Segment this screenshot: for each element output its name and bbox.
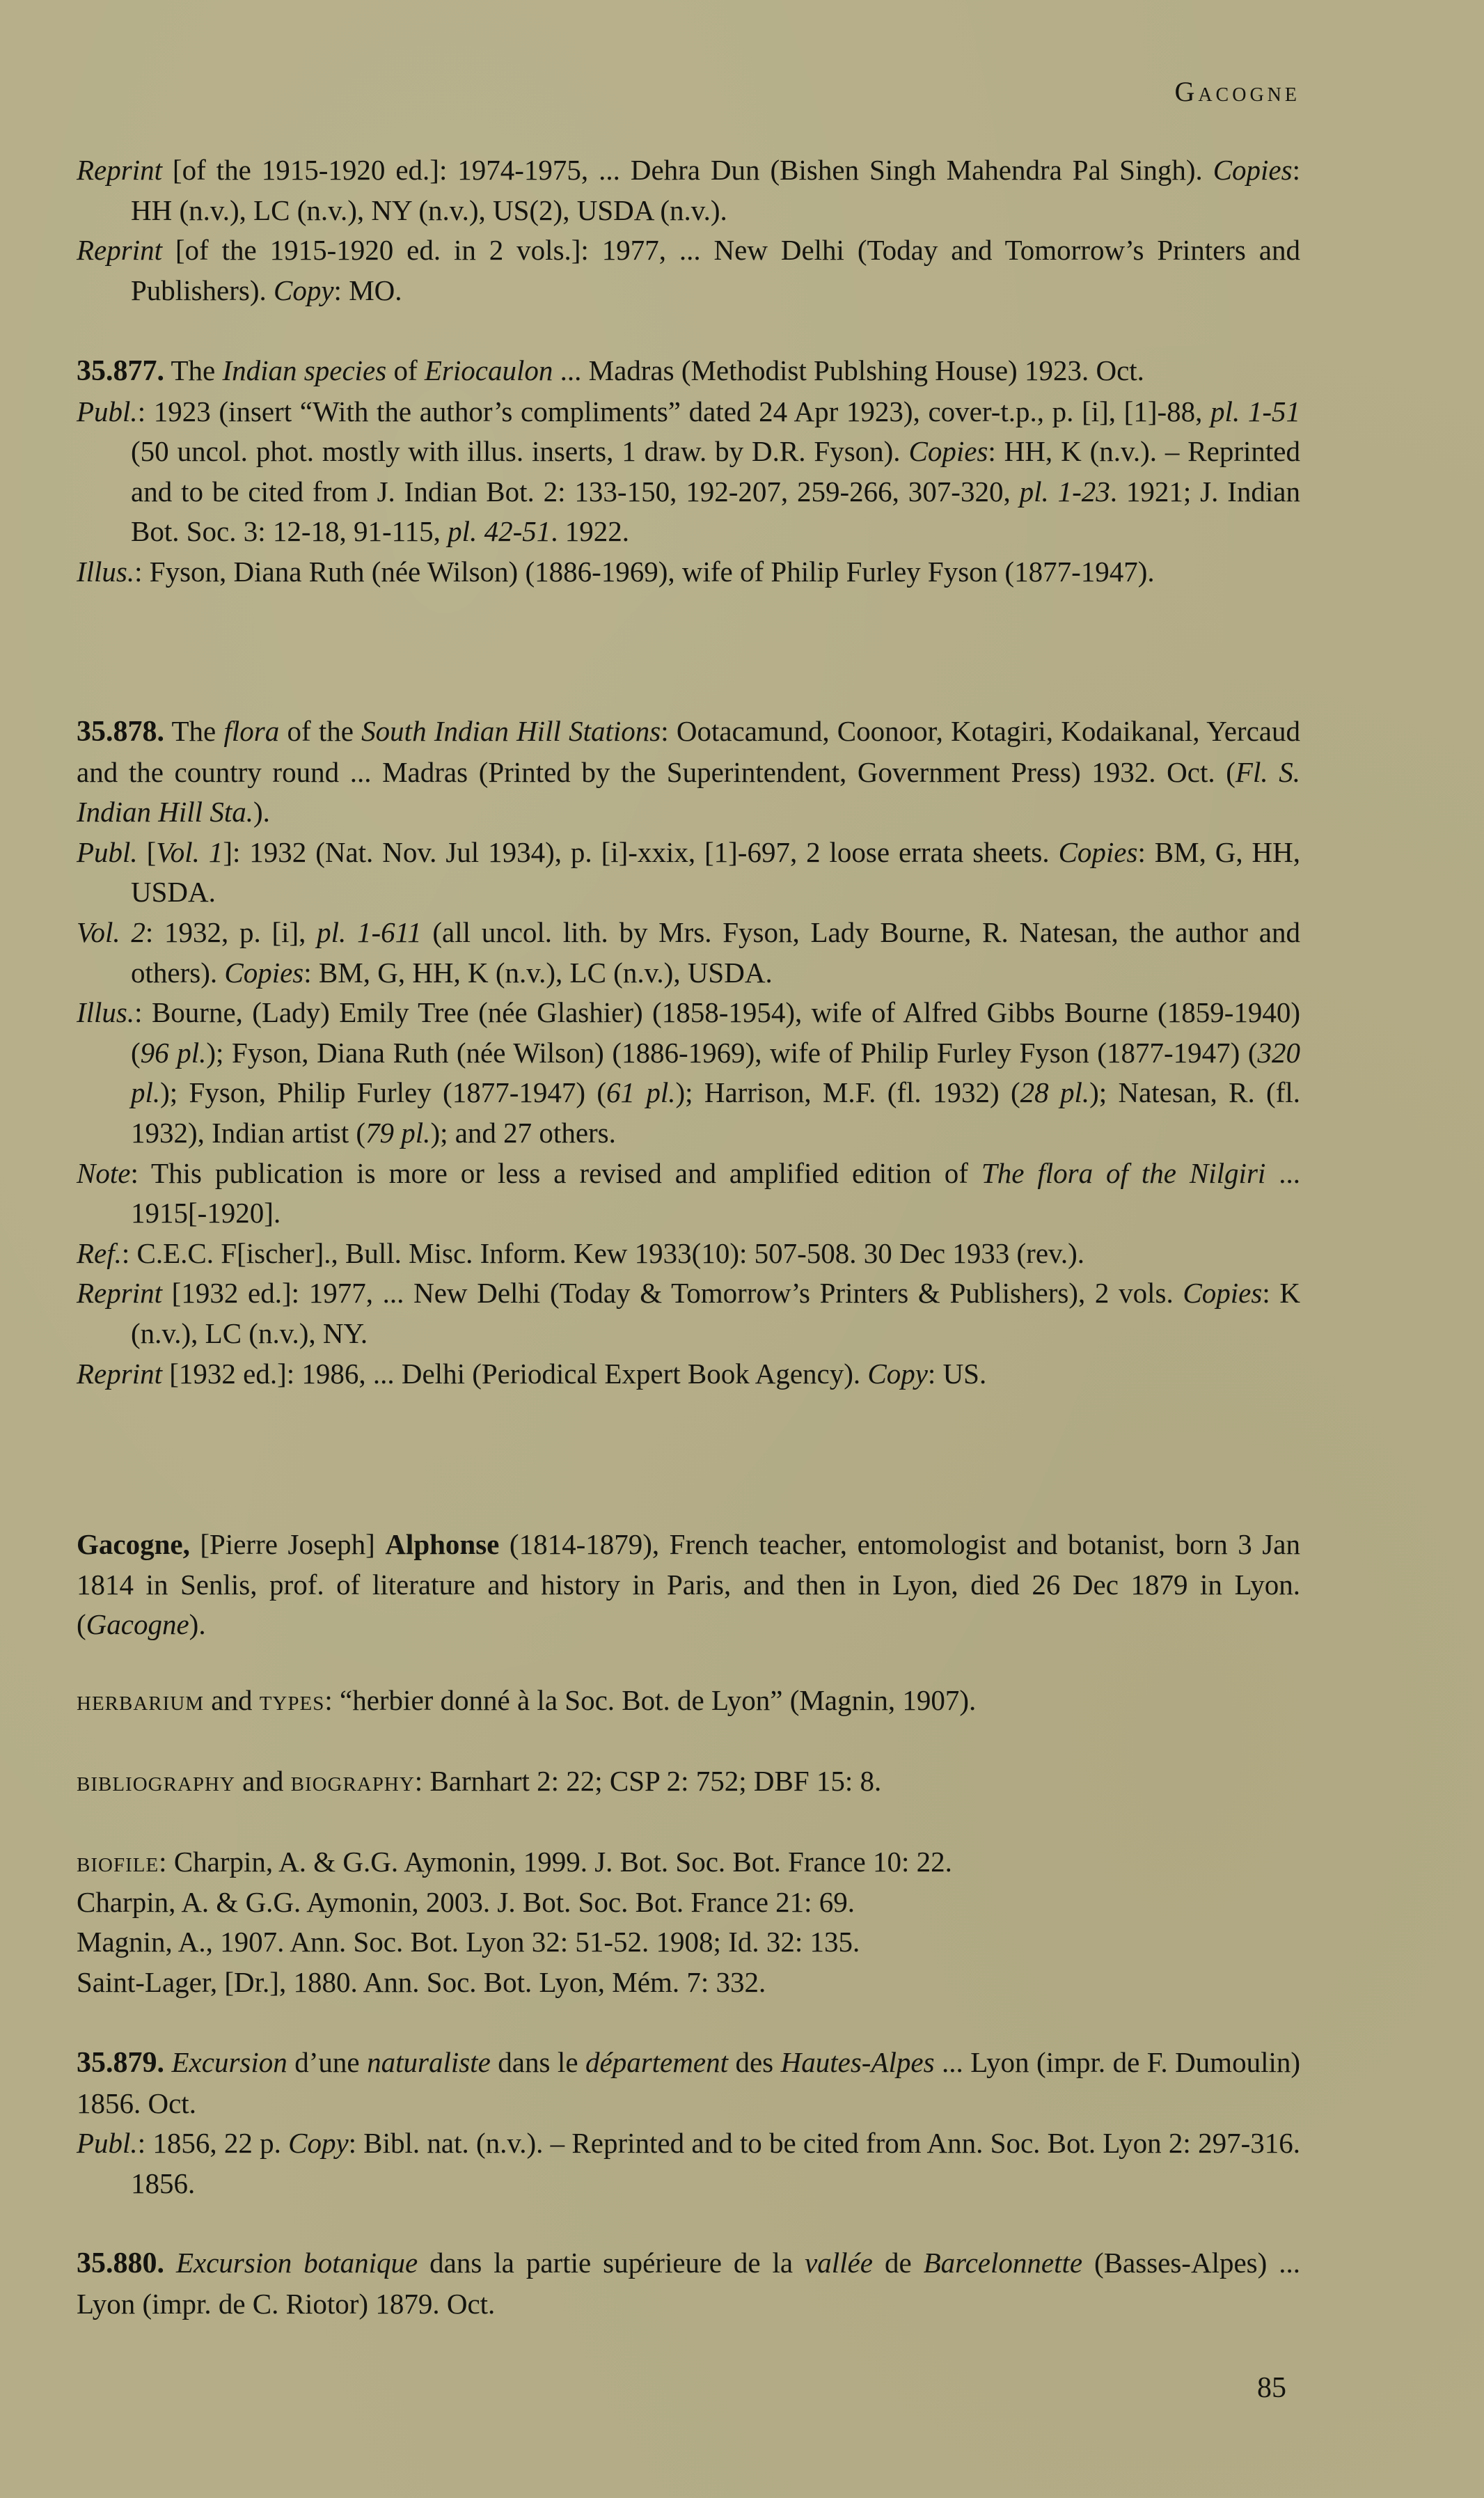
reprint-text: [1932 ed.]: 1986, ... Delhi (Periodical … <box>162 1358 867 1390</box>
entry-number: 35.880. <box>77 2247 164 2279</box>
copy-text: : US. <box>928 1358 986 1390</box>
vol2-field: Vol. 2: 1932, p. [i], pl. 1-611 (all unc… <box>77 913 1300 993</box>
plate-count: 61 pl. <box>606 1076 675 1108</box>
bibliography-label: bibliography <box>77 1765 235 1797</box>
reprint-label: Reprint <box>77 1277 162 1309</box>
conjunction: and <box>204 1684 260 1716</box>
herbarium-line: herbarium and types: “herbier donné à la… <box>77 1681 1300 1721</box>
title-italic: département <box>585 2046 728 2078</box>
publ-label: Publ. <box>77 395 138 427</box>
publ-text: : 1932 (Nat. Nov. Jul 1934), p. [i]-xxix… <box>232 836 1059 868</box>
plates-range: pl. 1-23 <box>1020 476 1110 508</box>
copies-text: : BM, G, HH, K (n.v.), LC (n.v.), USDA. <box>303 957 772 989</box>
copy-label: Copy <box>274 274 334 306</box>
copy-label: Copy <box>867 1358 928 1390</box>
entry-35877: 35.877. The Indian species of Eriocaulon… <box>77 351 1300 592</box>
plate-count: 28 pl. <box>1020 1076 1089 1108</box>
title-italic: South Indian Hill Stations <box>361 715 661 747</box>
biofile-line: Charpin, A. & G.G. Aymonin, 2003. J. Bot… <box>77 1883 1300 1923</box>
entry-title: 35.877. The Indian species of Eriocaulon… <box>77 351 1300 392</box>
biofile-label: biofile <box>77 1846 159 1878</box>
ref-text: : C.E.C. F[ischer]., Bull. Misc. Inform.… <box>122 1237 1084 1269</box>
publ-text: . 1922. <box>551 515 629 547</box>
illus-label: Illus. <box>77 556 134 588</box>
herbarium-section: herbarium and types: “herbier donné à la… <box>77 1681 1300 1721</box>
ref-label: Ref. <box>77 1237 122 1269</box>
biofile-reference: Charpin, A. & G.G. Aymonin, 2003. J. Bot… <box>77 1886 855 1918</box>
volume-label: Vol. 1 <box>156 836 223 868</box>
illus-text: ); Fyson, Philip Furley (1877-1947) ( <box>160 1076 606 1108</box>
plates-range: pl. 1-51 <box>1210 395 1300 427</box>
copies-label: Copies <box>908 435 988 467</box>
title-italic: Indian species <box>223 354 387 386</box>
title-italic: Barcelonnette <box>924 2247 1082 2279</box>
publ-field: Publ.: 1923 (insert “With the author’s c… <box>77 392 1300 552</box>
reprint-text: [of the 1915-1920 ed.]: 1974-1975, ... D… <box>162 154 1213 186</box>
note-title: The flora of the Nilgiri <box>981 1157 1265 1189</box>
publ-text: (50 uncol. phot. mostly with illus. inse… <box>131 435 908 467</box>
biofile-reference: : Charpin, A. & G.G. Aymonin, 1999. J. B… <box>159 1846 952 1878</box>
vol-text: : 1932, p. [i], <box>145 916 317 948</box>
herbarium-label: herbarium <box>77 1684 204 1716</box>
copies-label: Copies <box>1183 1277 1262 1309</box>
copy-label: Copy <box>288 2127 349 2159</box>
entry-number: 35.879. <box>77 2047 164 2079</box>
publ-field: Publ. [Vol. 1]: 1932 (Nat. Nov. Jul 1934… <box>77 833 1300 913</box>
entry-35880: 35.880. Excursion botanique dans la part… <box>77 2243 1300 2324</box>
biofile-line: biofile: Charpin, A. & G.G. Aymonin, 199… <box>77 1842 1300 1883</box>
title-text: dans le <box>491 2046 585 2078</box>
entry-title: 35.879. Excursion d’une naturaliste dans… <box>77 2043 1300 2123</box>
entry-number: 35.877. <box>77 355 164 387</box>
plate-count: 96 pl. <box>141 1037 207 1069</box>
plate-count: 79 pl. <box>365 1117 430 1149</box>
author-given-name: Alphonse <box>385 1528 499 1560</box>
title-italic: Excursion <box>172 2046 287 2078</box>
reprint-label: Reprint <box>77 1358 162 1390</box>
biofile-reference: Magnin, A., 1907. Ann. Soc. Bot. Lyon 32… <box>77 1926 860 1958</box>
reprint-entry: Reprint [of the 1915-1920 ed. in 2 vols.… <box>77 230 1300 311</box>
author-bracket-names: [Pierre Joseph] <box>190 1528 385 1560</box>
reprint-label: Reprint <box>77 154 162 186</box>
title-italic: vallée <box>805 2247 873 2279</box>
biography-label: biography <box>291 1765 415 1797</box>
copies-label: Copies <box>1059 836 1138 868</box>
entry-35878: 35.878. The flora of the South Indian Hi… <box>77 712 1300 1394</box>
running-head: Gacogne <box>1174 75 1300 108</box>
publ-field: Publ.: 1856, 22 p. Copy: Bibl. nat. (n.v… <box>77 2123 1300 2204</box>
title-italic: flora <box>223 715 279 747</box>
title-italic: naturaliste <box>367 2046 491 2078</box>
reprint-label: Reprint <box>77 234 162 266</box>
copies-label: Copies <box>1213 154 1293 186</box>
entry-number: 35.878. <box>77 716 164 748</box>
bibliography-line: bibliography and biography: Barnhart 2: … <box>77 1761 1300 1802</box>
title-text: ). <box>253 796 270 828</box>
title-text: ... Madras (Methodist Publshing House) 1… <box>553 354 1144 386</box>
illus-text: ); Harrison, M.F. (fl. 1932) ( <box>675 1076 1020 1108</box>
ref-field: Ref.: C.E.C. F[ischer]., Bull. Misc. Inf… <box>77 1234 1300 1274</box>
note-field: Note: This publication is more or less a… <box>77 1154 1300 1234</box>
plates-range: pl. 42-51 <box>448 515 551 547</box>
reprints-continued-block: Reprint [of the 1915-1920 ed.]: 1974-197… <box>77 150 1300 311</box>
title-italic: Excursion botanique <box>176 2247 418 2279</box>
author-abbreviation: Gacogne <box>86 1608 189 1640</box>
title-text: de <box>873 2247 924 2279</box>
entry-35879: 35.879. Excursion d’une naturaliste dans… <box>77 2043 1300 2204</box>
page-number: 85 <box>1257 2371 1286 2405</box>
author-biography: Gacogne, [Pierre Joseph] Alphonse (1814-… <box>77 1525 1300 1645</box>
reprint-entry: Reprint [1932 ed.]: 1986, ... Delhi (Per… <box>77 1354 1300 1395</box>
publ-text: : 1856, 22 p. <box>138 2127 288 2159</box>
title-text: The <box>164 354 223 386</box>
entry-title: 35.878. The flora of the South Indian Hi… <box>77 712 1300 833</box>
conjunction: and <box>235 1765 291 1797</box>
reprint-entry: Reprint [1932 ed.]: 1977, ... New Delhi … <box>77 1273 1300 1353</box>
types-label: types <box>260 1684 325 1716</box>
volume-label: Vol. 2 <box>77 916 145 948</box>
title-text: of the <box>279 715 361 747</box>
title-text: dans la partie supérieure de la <box>418 2247 805 2279</box>
note-text: : This publication is more or less a rev… <box>130 1157 981 1189</box>
biofile-line: Magnin, A., 1907. Ann. Soc. Bot. Lyon 32… <box>77 1922 1300 1963</box>
plates-range: pl. 1-611 <box>317 916 421 948</box>
reprint-entry: Reprint [of the 1915-1920 ed.]: 1974-197… <box>77 150 1300 230</box>
illus-text: ); Fyson, Diana Ruth (née Wilson) (1886-… <box>206 1037 1257 1069</box>
illus-text: : Fyson, Diana Ruth (née Wilson) (1886-1… <box>134 556 1155 588</box>
biofile-section: biofile: Charpin, A. & G.G. Aymonin, 199… <box>77 1842 1300 2002</box>
title-text: des <box>728 2046 781 2078</box>
publ-label: Publ. <box>77 2127 138 2159</box>
title-text: d’une <box>287 2046 367 2078</box>
author-bio-text: ). <box>189 1608 206 1640</box>
illus-field: Illus.: Fyson, Diana Ruth (née Wilson) (… <box>77 552 1300 592</box>
biofile-reference: Saint-Lager, [Dr.], 1880. Ann. Soc. Bot.… <box>77 1966 766 1998</box>
biofile-line: Saint-Lager, [Dr.], 1880. Ann. Soc. Bot.… <box>77 1963 1300 2003</box>
author-surname: Gacogne, <box>77 1528 190 1560</box>
illus-field: Illus.: Bourne, (Lady) Emily Tree (née G… <box>77 993 1300 1153</box>
reprint-text: [1932 ed.]: 1977, ... New Delhi (Today &… <box>162 1277 1183 1309</box>
author-entry: Gacogne, [Pierre Joseph] Alphonse (1814-… <box>77 1525 1300 1645</box>
note-label: Note <box>77 1157 130 1189</box>
title-text: of <box>386 354 425 386</box>
illus-label: Illus. <box>77 996 134 1028</box>
publ-text: : 1923 (insert “With the author’s compli… <box>138 395 1210 427</box>
illus-text: ); and 27 others. <box>430 1117 615 1149</box>
title-italic: Hautes-Alpes <box>781 2046 935 2078</box>
copy-text: : MO. <box>334 274 402 306</box>
copies-label: Copies <box>224 957 303 989</box>
entry-title: 35.880. Excursion botanique dans la part… <box>77 2243 1300 2324</box>
bibliography-section: bibliography and biography: Barnhart 2: … <box>77 1761 1300 1802</box>
title-text: The <box>164 715 223 747</box>
publ-label: Publ. <box>77 836 138 868</box>
bibliography-text: : Barnhart 2: 22; CSP 2: 752; DBF 15: 8. <box>415 1765 881 1797</box>
title-italic: Eriocaulon <box>425 354 553 386</box>
herbarium-text: : “herbier donné à la Soc. Bot. de Lyon”… <box>324 1684 976 1716</box>
